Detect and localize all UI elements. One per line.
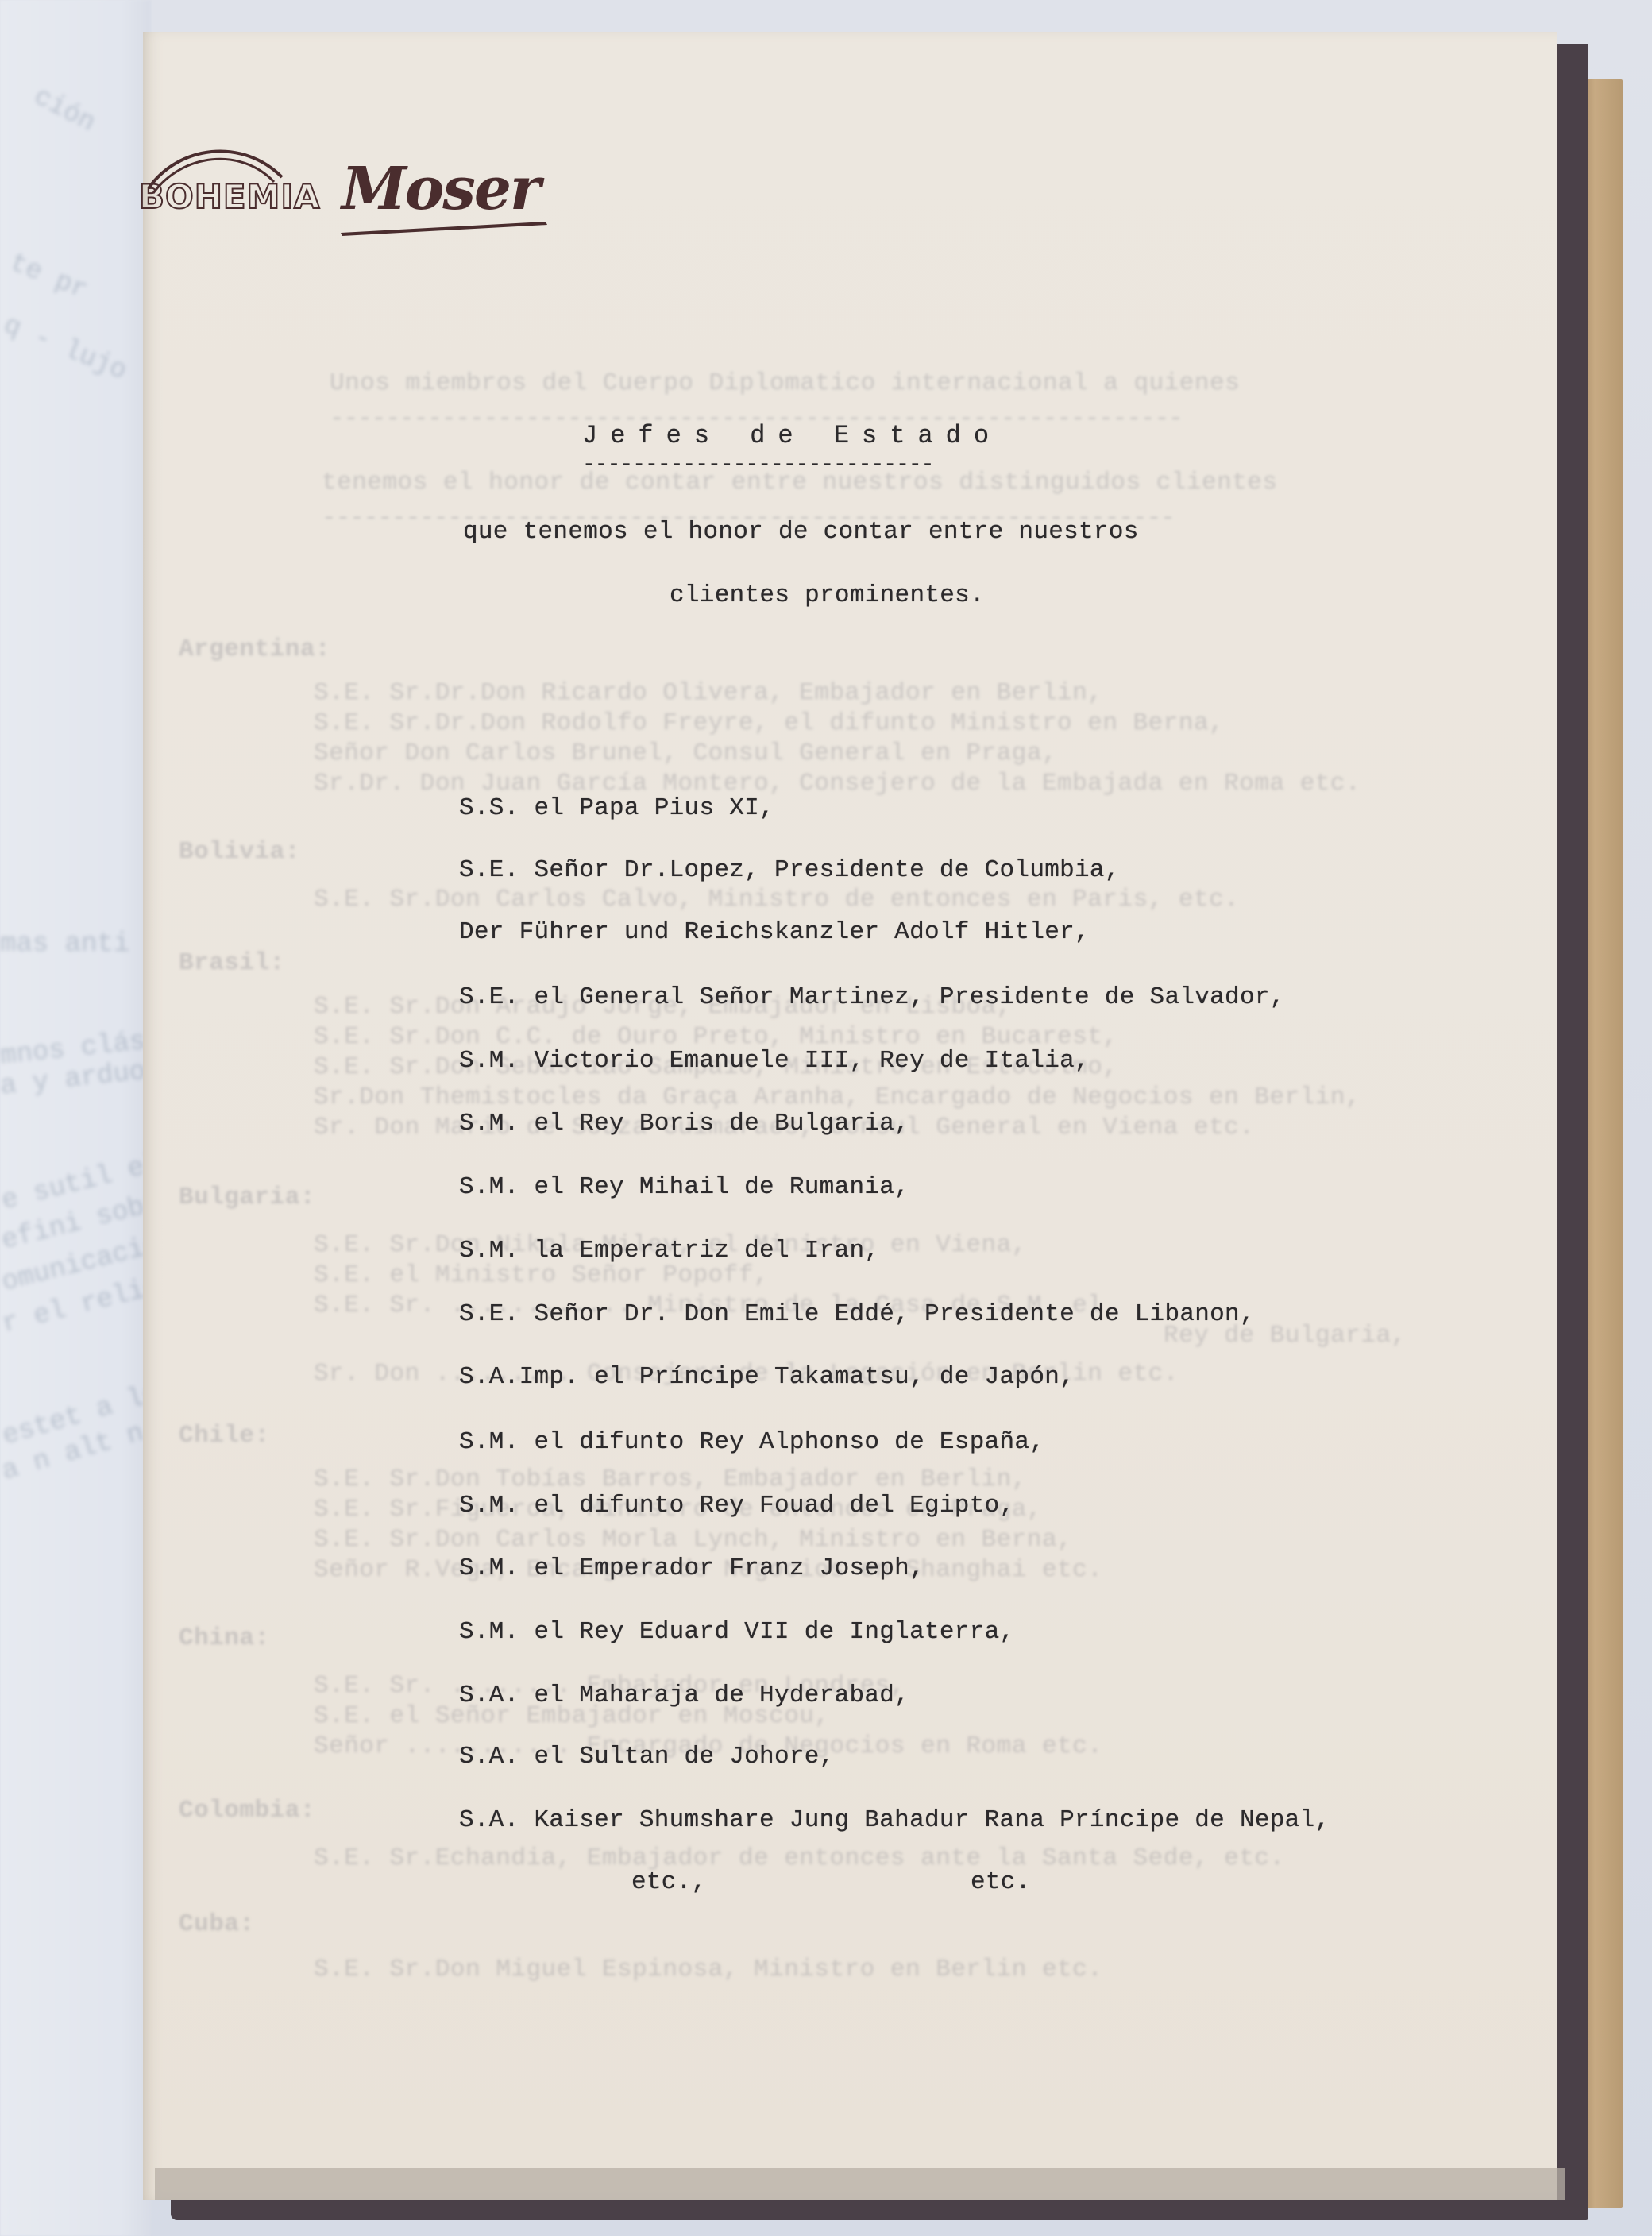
show-through-header: Unos miembros del Cuerpo Diplomatico int… bbox=[330, 369, 1240, 397]
left-page-ghost-text: ción bbox=[29, 82, 100, 139]
show-through-country: China: bbox=[179, 1624, 270, 1652]
subtitle-line-1: que tenemos el honor de contar entre nue… bbox=[463, 518, 1139, 546]
list-item: S.M. la Emperatriz del Iran, bbox=[459, 1237, 879, 1265]
closing-etc-right: etc. bbox=[971, 1868, 1031, 1896]
page-bottom-shadow bbox=[155, 2168, 1565, 2200]
show-through-country: Chile: bbox=[179, 1422, 270, 1450]
closing-etc-left: etc., bbox=[631, 1868, 707, 1896]
list-item: S.M. el difunto Rey Fouad del Egipto, bbox=[459, 1492, 1014, 1520]
list-item: S.E. Señor Dr.Lopez, Presidente de Colum… bbox=[459, 856, 1120, 884]
list-item: Der Führer und Reichskanzler Adolf Hitle… bbox=[459, 918, 1090, 946]
show-through-line: S.E. el Ministro Señor Popoff, bbox=[314, 1261, 769, 1289]
list-item: S.E. el General Señor Martinez, Presiden… bbox=[459, 983, 1285, 1011]
show-through-line: S.E. Sr.Don Carlos Calvo, Ministro de en… bbox=[314, 886, 1239, 913]
show-through-country: Brasil: bbox=[179, 949, 285, 977]
left-facing-page: ción te pr q - lujo mas anti mnos clásic… bbox=[0, 0, 151, 2236]
show-through-country: Cuba: bbox=[179, 1910, 255, 1938]
title-underline: ---------------------------- bbox=[582, 453, 933, 477]
show-through-line: S.E. Sr.Don Tobías Barros, Embajador en … bbox=[314, 1466, 1027, 1493]
show-through-line: Señor Don Carlos Brunel, Consul General … bbox=[314, 740, 1057, 767]
list-item: S.M. el difunto Rey Alphonso de España, bbox=[459, 1428, 1044, 1456]
book-cover-edge bbox=[1553, 44, 1588, 2220]
show-through-line: S.E. Sr.Dr.Don Ricardo Olivera, Embajado… bbox=[314, 679, 1102, 707]
list-item: S.A.Imp. el Príncipe Takamatsu, de Japón… bbox=[459, 1363, 1075, 1391]
show-through-country: Argentina: bbox=[179, 635, 330, 663]
list-item: S.M. Victorio Emanuele III, Rey de Itali… bbox=[459, 1047, 1090, 1075]
left-page-ghost-text: q - lujo bbox=[0, 311, 130, 387]
list-item: S.E. Señor Dr. Don Emile Eddé, President… bbox=[459, 1300, 1255, 1328]
list-item: S.M. el Emperador Franz Joseph, bbox=[459, 1554, 924, 1582]
show-through-line: S.E. Sr.Don Miguel Espinosa, Ministro en… bbox=[314, 1956, 1102, 1983]
list-item: S.S. el Papa Pius XI, bbox=[459, 794, 774, 822]
show-through-line: S.E. Sr.Don Carlos Morla Lynch, Ministro… bbox=[314, 1526, 1072, 1554]
list-item: S.M. el Rey Mihail de Rumania, bbox=[459, 1173, 909, 1201]
show-through-line: Sr.Don Themistocles da Graça Aranha, Enc… bbox=[314, 1083, 1361, 1111]
logo-moser-text: Moser bbox=[342, 155, 539, 223]
left-page-ghost-text: te pr bbox=[6, 248, 92, 306]
list-item: S.A. Kaiser Shumshare Jung Bahadur Rana … bbox=[459, 1806, 1330, 1834]
show-through-country: Colombia: bbox=[179, 1797, 315, 1825]
page-title: Jefes de Estado bbox=[582, 421, 1002, 450]
show-through-line: S.E. Sr.Dr.Don Rodolfo Freyre, el difunt… bbox=[314, 709, 1224, 737]
left-page-ghost-text: mas anti bbox=[0, 929, 129, 960]
logo-bohemia-text: BOHEMIA bbox=[139, 177, 320, 216]
list-item: S.A. el Maharaja de Hyderabad, bbox=[459, 1682, 909, 1709]
show-through-line: S.E. Sr.Echandia, Embajador de entonces … bbox=[314, 1844, 1285, 1872]
list-item: S.M. el Rey Boris de Bulgaria, bbox=[459, 1110, 909, 1137]
show-through-country: Bolivia: bbox=[179, 838, 300, 866]
subtitle-line-2: clientes prominentes. bbox=[670, 581, 985, 609]
show-through-line: Sr.Dr. Don Juan García Montero, Consejer… bbox=[314, 770, 1361, 797]
show-through-country: Bulgaria: bbox=[179, 1184, 315, 1211]
bohemia-moser-logo: BOHEMIA Moser bbox=[139, 139, 552, 250]
logo-underline-icon bbox=[339, 217, 554, 236]
list-item: S.A. el Sultan de Johore, bbox=[459, 1743, 835, 1771]
list-item: S.M. el Rey Eduard VII de Inglaterra, bbox=[459, 1618, 1014, 1646]
